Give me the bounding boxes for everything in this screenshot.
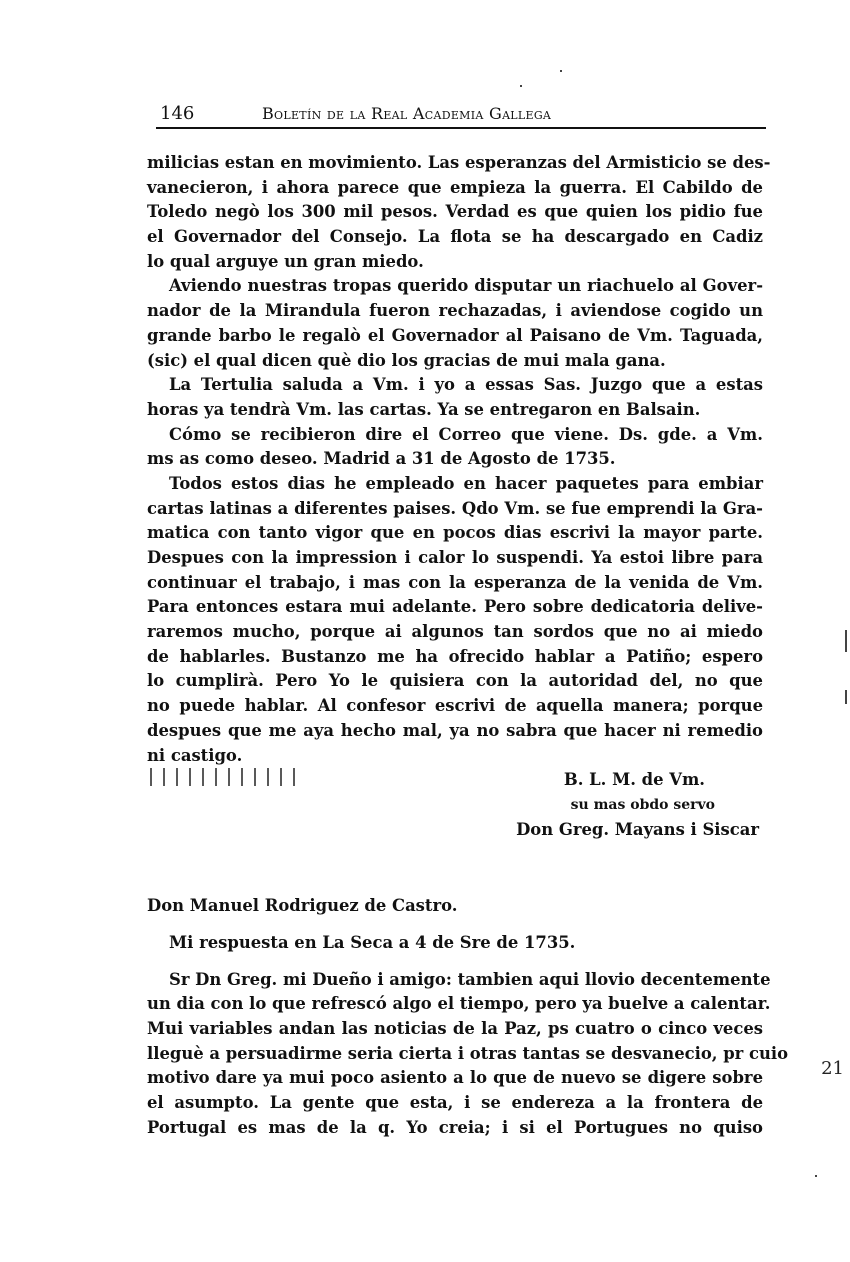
text-line: horas ya tendrà Vm. las cartas. Ya se en…	[147, 398, 763, 423]
text-line: nador de la Mirandula fueron rechazadas,…	[147, 299, 763, 324]
scan-artifact	[150, 768, 350, 788]
page-number: 146	[160, 103, 194, 124]
text-line: Aviendo nuestras tropas querido disputar…	[147, 274, 763, 299]
text-line: milicias estan en movimiento. Las espera…	[147, 151, 763, 176]
scan-artifact	[845, 690, 847, 704]
header-rule	[156, 127, 766, 129]
scan-artifact	[845, 630, 847, 652]
text-line: matica con tanto vigor que en pocos dias…	[147, 521, 763, 546]
running-title: Boletín de la Real Academia Gallega	[262, 104, 551, 123]
text-line: grande barbo le regalò el Governador al …	[147, 324, 763, 349]
text-line: Portugal es mas de la q. Yo creia; i si …	[147, 1116, 763, 1141]
signature-servant: su mas obdo servo	[147, 793, 763, 818]
spacer	[147, 919, 763, 931]
document-page: 146 Boletín de la Real Academia Gallega …	[0, 0, 850, 1262]
text-line: Toledo negò los 300 mil pesos. Verdad es…	[147, 200, 763, 225]
text-line: ni castigo.	[147, 744, 763, 769]
text-line: continuar el trabajo, i mas con la esper…	[147, 571, 763, 596]
text-line: La Tertulia saluda a Vm. i yo a essas Sa…	[147, 373, 763, 398]
spacer	[147, 956, 763, 968]
letter-body: milicias estan en movimiento. Las espera…	[147, 151, 763, 1140]
text-line: de hablarles. Bustanzo me ha ofrecido ha…	[147, 645, 763, 670]
scan-artifact	[815, 1175, 817, 1177]
text-line: Para entonces estara mui adelante. Pero …	[147, 595, 763, 620]
text-line: Cómo se recibieron dire el Correo que vi…	[147, 423, 763, 448]
text-line: lo qual arguye un gran miedo.	[147, 250, 763, 275]
text-line: motivo dare ya mui poco asiento a lo que…	[147, 1066, 763, 1091]
scan-artifact	[520, 85, 522, 87]
text-line: vanecieron, i ahora parece que empieza l…	[147, 176, 763, 201]
text-line: (sic) el qual dicen què dio los gracias …	[147, 349, 763, 374]
text-line: raremos mucho, porque ai algunos tan sor…	[147, 620, 763, 645]
text-line: Sr Dn Greg. mi Dueño i amigo: tambien aq…	[147, 968, 763, 993]
text-line: el asumpto. La gente que esta, i se ende…	[147, 1091, 763, 1116]
spacer	[147, 842, 763, 868]
text-line: lleguè a persuadirme seria cierta i otra…	[147, 1042, 763, 1067]
text-line: lo cumplirà. Pero Yo le quisiera con la …	[147, 669, 763, 694]
text-line: Todos estos dias he empleado en hacer pa…	[147, 472, 763, 497]
addressee: Don Manuel Rodriguez de Castro.	[147, 894, 763, 919]
text-line: el Governador del Consejo. La flota se h…	[147, 225, 763, 250]
text-line: un dia con lo que refrescó algo el tiemp…	[147, 992, 763, 1017]
text-line: Despues con la impression i calor lo sus…	[147, 546, 763, 571]
spacer	[147, 868, 763, 894]
margin-mark: 21	[821, 1058, 844, 1079]
text-line: ms as como deseo. Madrid a 31 de Agosto …	[147, 447, 763, 472]
text-line: cartas latinas a diferentes paises. Qdo …	[147, 497, 763, 522]
scan-artifact	[560, 70, 562, 72]
text-line: Mui variables andan las noticias de la P…	[147, 1017, 763, 1042]
signature-name: Don Greg. Mayans i Siscar	[147, 818, 763, 843]
text-line: no puede hablar. Al confesor escrivi de …	[147, 694, 763, 719]
page-header: 146 Boletín de la Real Academia Gallega	[160, 103, 766, 127]
text-line: despues que me aya hecho mal, ya no sabr…	[147, 719, 763, 744]
reply-heading: Mi respuesta en La Seca a 4 de Sre de 17…	[147, 931, 763, 956]
